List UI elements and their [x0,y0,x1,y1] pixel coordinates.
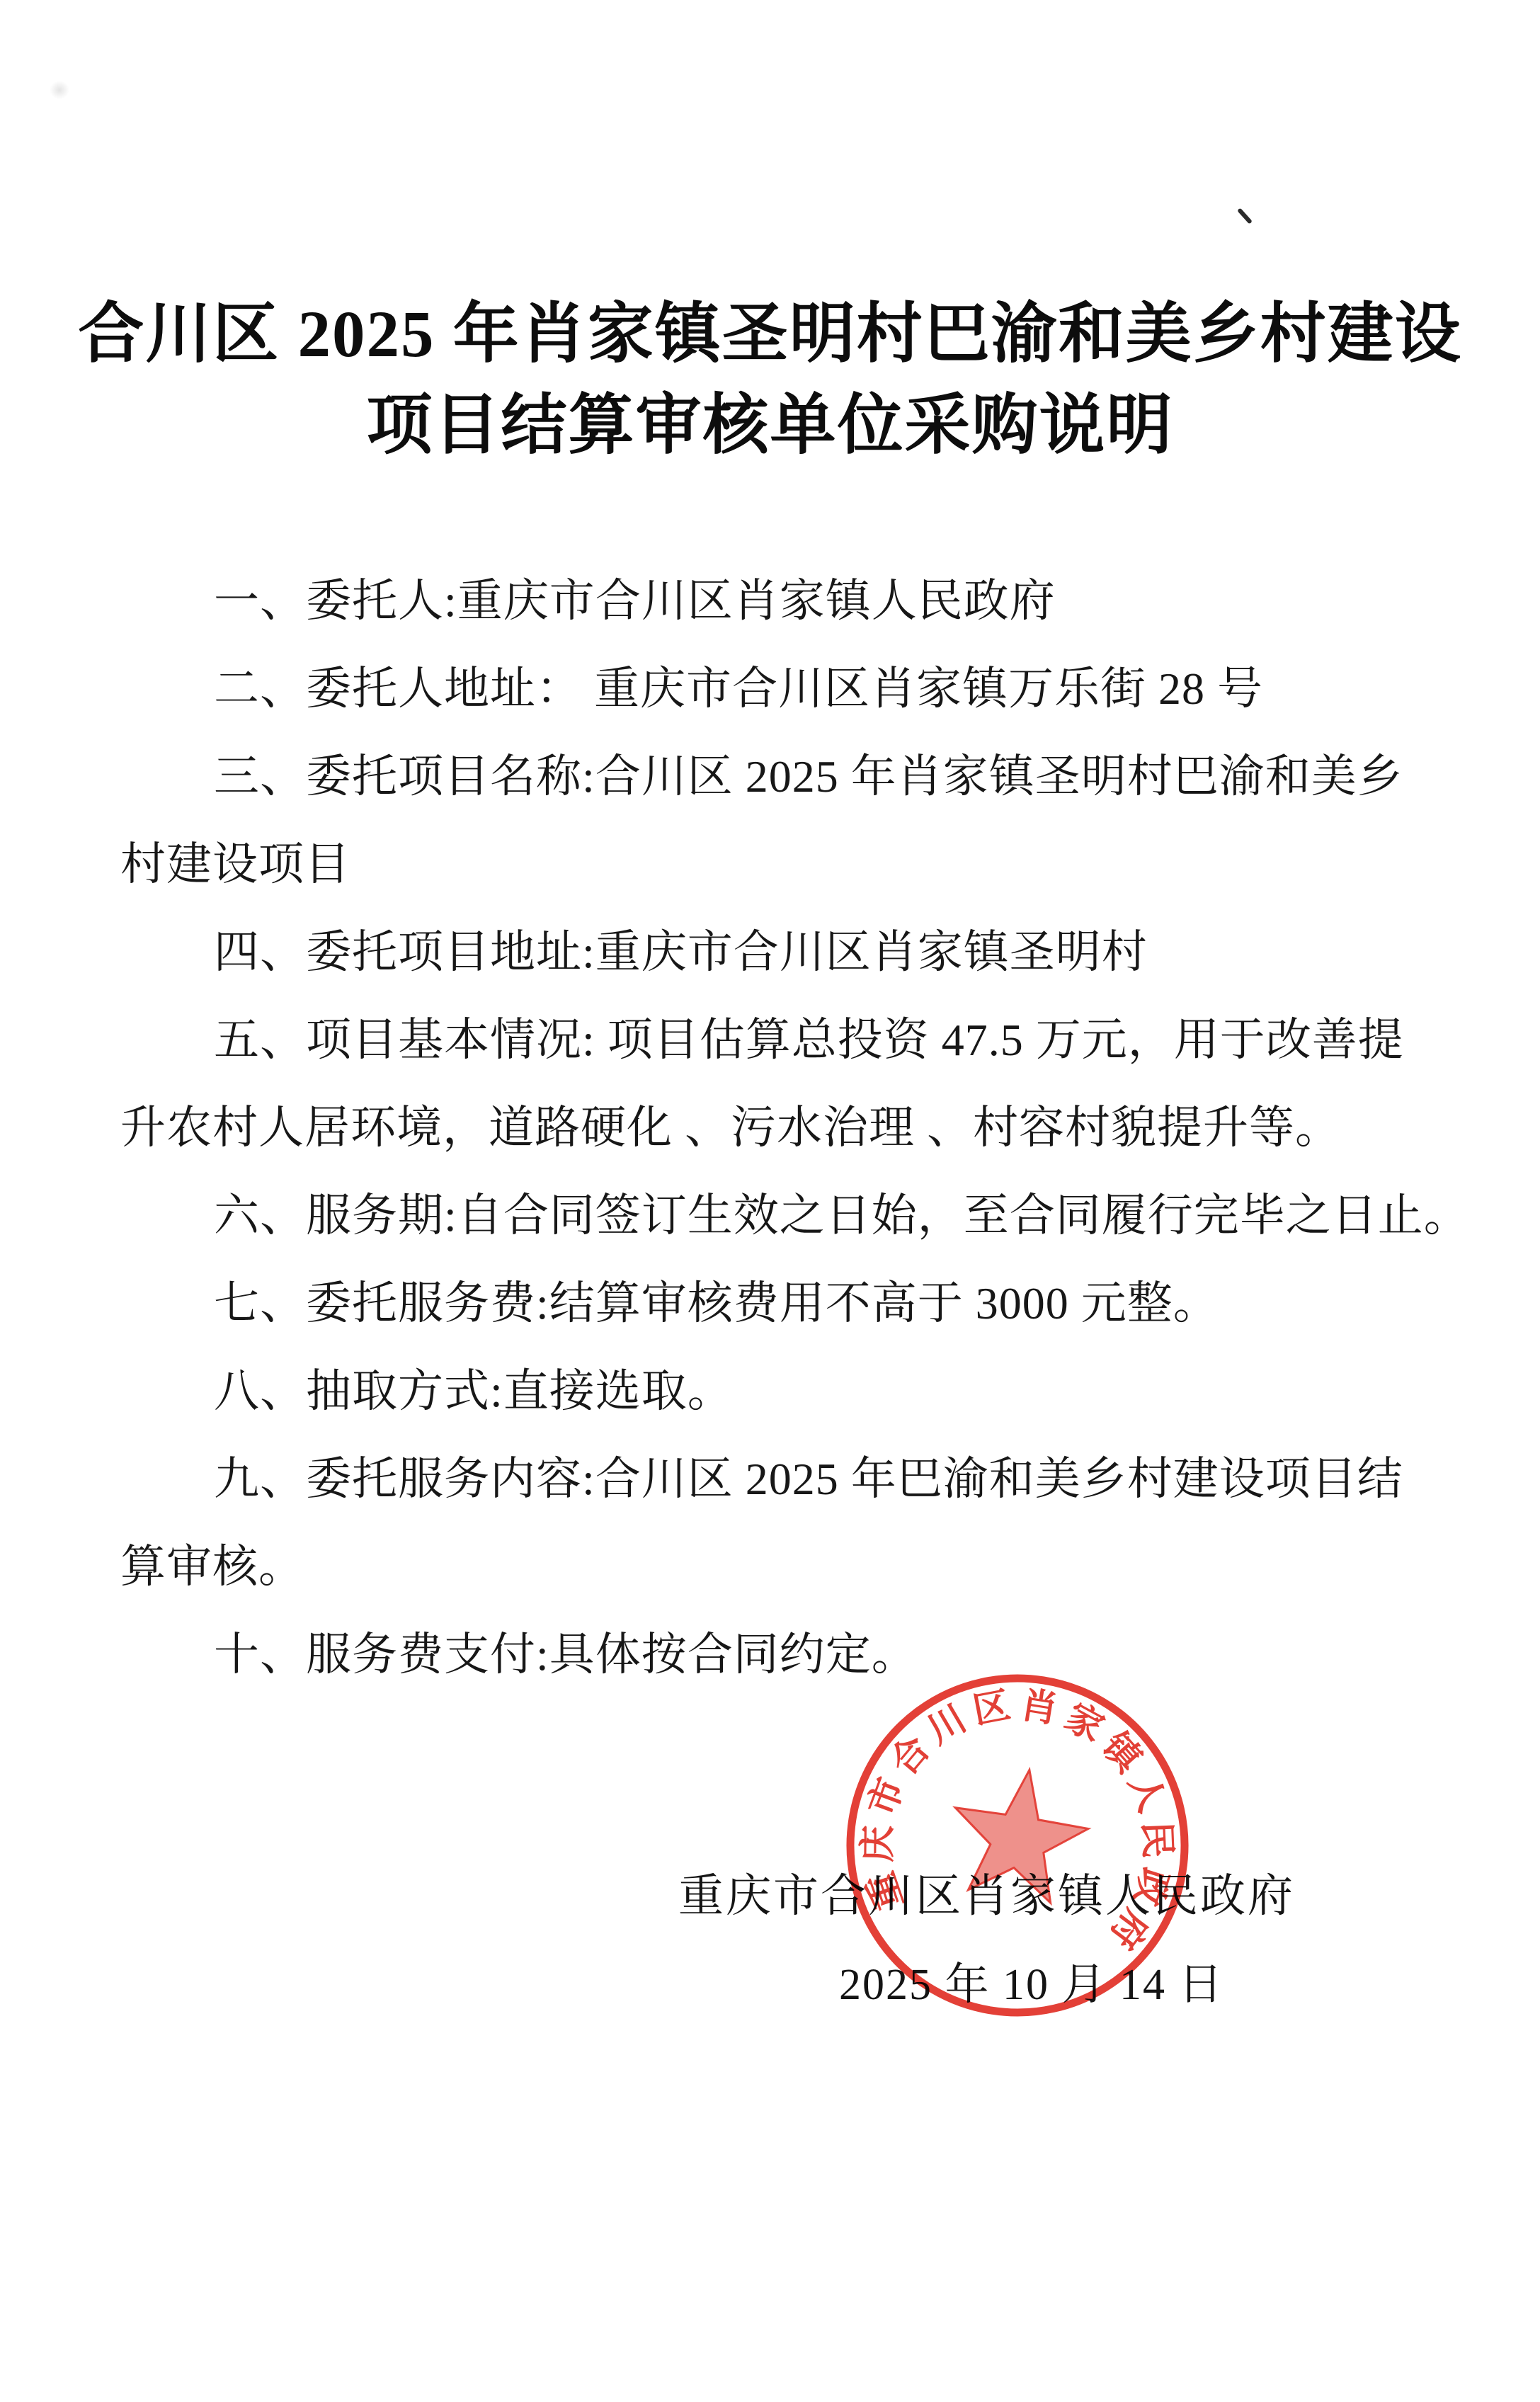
document-title-line-2: 项目结算审核单位采购说明 [0,372,1540,467]
scan-speck [50,81,69,99]
seal-char: 人 [1121,1769,1172,1818]
body-line: 一、委托人:重庆市合川区肖家镇人民政府 [214,564,1056,630]
body-line: 九、委托服务内容:合川区 2025 年巴渝和美乡村建设项目结 [214,1442,1403,1508]
body-line: 六、服务期:自合同签订生效之日始，至合同履行完毕之日止。 [214,1179,1470,1244]
scanned-document-page: 合川区 2025 年肖家镇圣明村巴渝和美乡村建设 项目结算审核单位采购说明 一、… [0,0,1540,2402]
body-line: 升农村人居环境，道路硬化 、污水治理 、村容村貌提升等。 [120,1091,1341,1156]
body-line: 八、抽取方式:直接选取。 [214,1355,734,1420]
star-icon [943,1759,1096,1906]
seal-char: 庆 [857,1825,899,1862]
seal-char: 政 [1126,1863,1176,1911]
body-line: 五、项目基本情况: 项目估算总投资 47.5 万元，用于改善提 [214,1003,1404,1069]
body-line: 十、服务费支付:具体按合同约定。 [214,1618,918,1683]
seal-char: 市 [861,1772,912,1821]
body-line: 四、委托项目地址:重庆市合川区肖家镇圣明村 [214,916,1148,981]
body-line: 算审核。 [120,1530,304,1595]
body-line: 三、委托项目名称:合川区 2025 年肖家镇圣明村巴渝和美乡 [214,740,1403,805]
seal-char: 区 [970,1685,1014,1732]
official-seal: 重庆市合川区肖家镇人民政府 [840,1668,1194,2022]
seal-char: 重 [860,1867,911,1915]
body-line: 七、委托服务费:结算审核费用不高于 3000 元整。 [214,1267,1219,1332]
seal-char: 肖 [1018,1685,1061,1731]
seal-char: 民 [1136,1821,1177,1859]
body-line: 二、委托人地址： 重庆市合川区肖家镇万乐街 28 号 [214,652,1263,717]
document-title-line-1: 合川区 2025 年肖家镇圣明村巴渝和美乡村建设 [0,280,1540,375]
scan-mark [1237,207,1253,224]
body-line: 村建设项目 [120,828,350,893]
